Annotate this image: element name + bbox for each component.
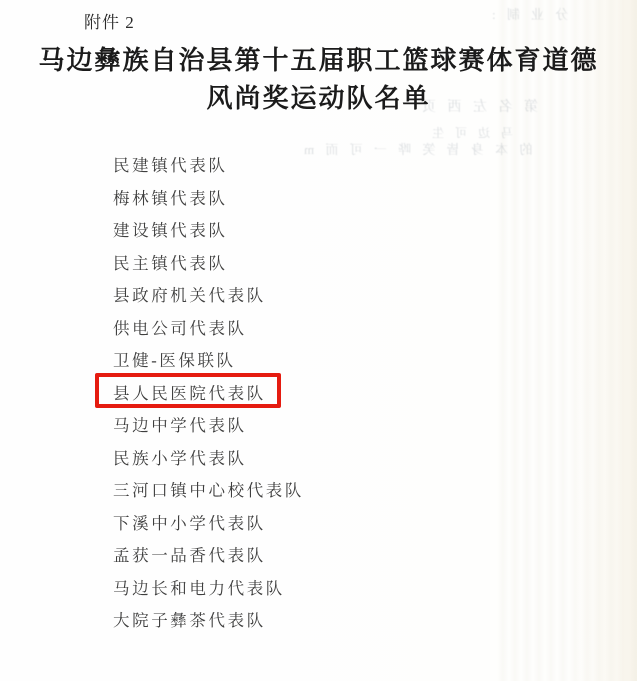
document-title: 马边彝族自治县第十五届职工篮球赛体育道德 风尚奖运动队名单 (0, 42, 637, 118)
team-list-item: 梅林镇代表队 (113, 181, 304, 214)
title-line-1: 马边彝族自治县第十五届职工篮球赛体育道德 (0, 42, 637, 80)
team-list-item: 下溪中小学代表队 (113, 506, 304, 539)
team-list-item: 民主镇代表队 (113, 246, 304, 279)
team-list-item: 建设镇代表队 (113, 213, 304, 246)
team-list-item: 三河口镇中心校代表队 (113, 473, 304, 506)
bleed-through-text: 分 业 制 : (488, 4, 568, 23)
document-page: 分 业 制 :第 名 左 西 页马 边 可 生的 本 身 皆 笑 哗 一 可 而… (0, 0, 637, 681)
team-list-item: 供电公司代表队 (113, 311, 304, 344)
bleed-through-text: 的 本 身 皆 笑 哗 一 可 而 m (300, 139, 532, 158)
bleed-through-text: 马 边 可 生 (428, 124, 513, 141)
team-list-item: 民族小学代表队 (113, 441, 304, 474)
attachment-label: 附件 2 (84, 8, 135, 33)
team-list-item: 大院子彝茶代表队 (113, 603, 304, 636)
team-list-item-highlighted: 县人民医院代表队 (113, 376, 304, 409)
team-list-item: 孟获一品香代表队 (113, 538, 304, 571)
title-line-2: 风尚奖运动队名单 (0, 80, 637, 118)
team-list: 民建镇代表队梅林镇代表队建设镇代表队民主镇代表队县政府机关代表队供电公司代表队卫… (113, 148, 304, 636)
team-list-item: 卫健-医保联队 (113, 343, 304, 376)
team-list-item: 马边长和电力代表队 (113, 571, 304, 604)
team-list-item: 民建镇代表队 (113, 148, 304, 181)
team-list-item: 县政府机关代表队 (113, 278, 304, 311)
team-list-item: 马边中学代表队 (113, 408, 304, 441)
